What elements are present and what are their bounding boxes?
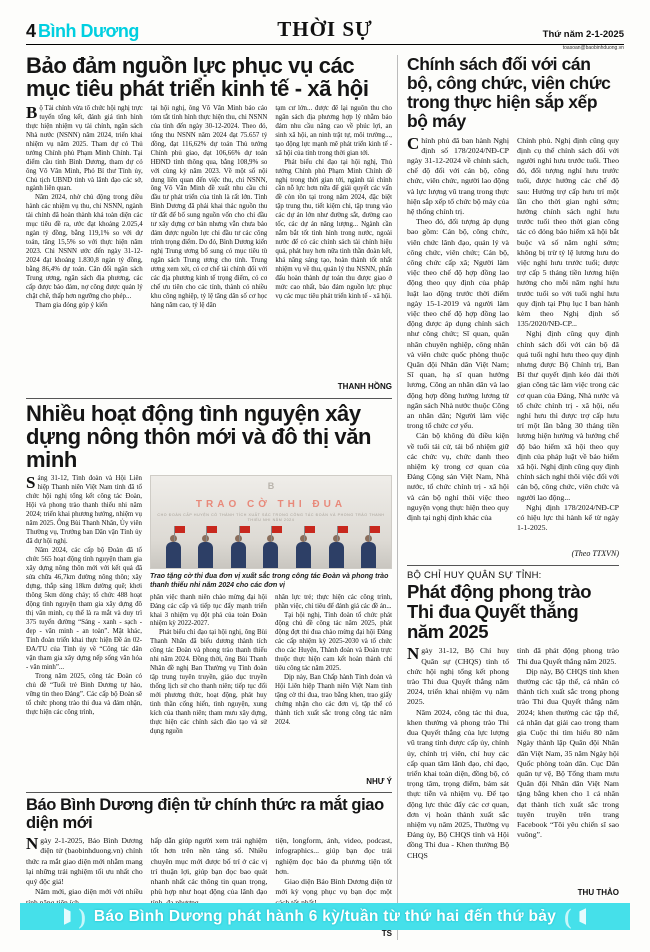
text-column: tỉnh đã phát động phong trào Thi đua Quy… bbox=[517, 646, 619, 898]
left-region: Bảo đảm nguồn lực phục vụ các mục tiêu p… bbox=[26, 55, 392, 940]
drop-cap: B bbox=[26, 105, 39, 119]
person-figure bbox=[296, 542, 311, 568]
text-column: phần việc thanh niên chào mừng đại hội Đ… bbox=[150, 594, 267, 788]
drop-cap: S bbox=[26, 475, 37, 489]
newspaper-page: 4 Bình Dương THỜI SỰ Thứ năm 2-1-2025 to… bbox=[0, 0, 650, 952]
right-region: Chính sách đối với cán bộ, công chức, vi… bbox=[397, 55, 619, 940]
article-youth: Nhiều hoạt động tình nguyện xây dựng nôn… bbox=[26, 403, 392, 788]
body-paragraph: Dịp này, Ban Chấp hành Tỉnh đoàn và Hội … bbox=[275, 674, 392, 728]
body-paragraph: Nghị định 178/2024/NĐ-CP có hiệu lực thi… bbox=[517, 503, 619, 534]
body-paragraph: nhân lực trẻ; thực hiện các công trình, … bbox=[275, 594, 392, 612]
news-photo: B TRAO CỜ THI ĐUA CHO ĐOÀN CẤP HUYỆN CÓ … bbox=[150, 475, 392, 569]
footer-ornament-left bbox=[64, 908, 71, 925]
body-paragraph: tạm cư lớn... được để lại nguồn thu cho … bbox=[275, 105, 392, 159]
text-column: tại hội nghị, ông Võ Văn Minh báo cáo tó… bbox=[151, 105, 268, 393]
flag-icon bbox=[305, 526, 315, 533]
flag-icon bbox=[207, 526, 217, 533]
body-paragraph: Phát biểu chỉ đạo tại hội nghị, ông Bùi … bbox=[150, 629, 267, 737]
body-paragraph: ộ Tài chính vừa tổ chức hội nghị trực tu… bbox=[26, 105, 143, 193]
flag-icon bbox=[272, 526, 282, 533]
byline: NHƯ Ý bbox=[361, 777, 392, 787]
text-column: nhân lực trẻ; thực hiện các công trình, … bbox=[275, 594, 392, 788]
article-title: Bảo đảm nguồn lực phục vụ các mục tiêu p… bbox=[26, 55, 392, 101]
article-body: Bộ Tài chính vừa tổ chức hội nghị trực t… bbox=[26, 105, 392, 393]
body-paragraph: Tham gia đóng góp ý kiến bbox=[26, 302, 143, 311]
contact-email: toasoan@baobinhduong.vn bbox=[563, 45, 624, 51]
article-title: Báo Bình Dương điện tử chính thức ra mắt… bbox=[26, 797, 392, 832]
text-column: Chính phủ. Nghị định cũng quy định cụ th… bbox=[517, 136, 619, 560]
article-body: Ngày 31-12, Bộ Chỉ huy Quân sự (CHQS) tỉ… bbox=[407, 646, 619, 898]
footer-bracket-left: ) bbox=[79, 906, 86, 928]
article-divider bbox=[26, 398, 392, 399]
person-figure bbox=[329, 542, 344, 568]
page-header: 4 Bình Dương THỜI SỰ Thứ năm 2-1-2025 bbox=[26, 10, 624, 45]
photo-people bbox=[151, 528, 391, 568]
article-kicker: BỘ CHỈ HUY QUÂN SỰ TỈNH: bbox=[407, 570, 619, 581]
flag-icon bbox=[240, 526, 250, 533]
flag-icon bbox=[338, 526, 348, 533]
body-paragraph: hấp dẫn giúp người xem trải nghiệm tốt h… bbox=[151, 836, 268, 908]
article-economy: Bảo đảm nguồn lực phục vụ các mục tiêu p… bbox=[26, 55, 392, 393]
body-paragraph: áng 31-12, Tỉnh đoàn và Hội Liên hiệp Th… bbox=[26, 475, 142, 545]
text-column: Chính phủ đã ban hành Nghị định số 178/2… bbox=[407, 136, 509, 560]
body-paragraph: Cán bộ không đủ điều kiện về tuổi tái cử… bbox=[407, 431, 509, 523]
person-figure bbox=[166, 542, 181, 568]
article-title: Nhiều hoạt động tình nguyện xây dựng nôn… bbox=[26, 403, 392, 472]
body-paragraph: Năm 2024, các cấp bộ Đoàn đã tổ chức 565… bbox=[26, 547, 142, 673]
flag-icon bbox=[175, 526, 185, 533]
person-figure bbox=[263, 542, 278, 568]
text-column: Ngày 31-12, Bộ Chỉ huy Quân sự (CHQS) tỉ… bbox=[407, 646, 509, 898]
photo-logo-mark: B bbox=[151, 481, 391, 493]
article-divider bbox=[26, 792, 392, 793]
body-paragraph: Theo đó, đối tượng áp dụng bao gồm: Cán … bbox=[407, 217, 509, 431]
person-figure bbox=[198, 542, 213, 568]
article-divider bbox=[407, 565, 619, 566]
byline: THANH HỒNG bbox=[333, 382, 392, 392]
article-policy: Chính sách đối với cán bộ, công chức, vi… bbox=[407, 55, 619, 560]
text-column: tạm cư lớn... được để lại nguồn thu cho … bbox=[275, 105, 392, 393]
footer-bracket-right: ( bbox=[564, 906, 571, 928]
article-military: BỘ CHỈ HUY QUÂN SỰ TỈNH: Phát động phong… bbox=[407, 570, 619, 899]
flag-icon bbox=[370, 526, 380, 533]
body-paragraph: Phát biểu chỉ đạo tại hội nghị, Thủ tướn… bbox=[275, 159, 392, 303]
photo-banner-title: TRAO CỜ THI ĐUA bbox=[151, 498, 391, 511]
photo-banner-subtitle: CHO ĐOÀN CẤP HUYỆN CÓ THÀNH TÍCH XUẤT SẮ… bbox=[155, 513, 387, 522]
body-paragraph: Chính phủ. Nghị định cũng quy định cụ th… bbox=[517, 136, 619, 330]
drop-cap: N bbox=[407, 646, 421, 660]
body-paragraph: tại hội nghị, ông Võ Văn Minh báo cáo tó… bbox=[151, 105, 268, 311]
body-paragraph: Trong năm 2025, công tác Đoàn có chủ đề … bbox=[26, 673, 142, 718]
body-paragraph: Năm 2024, nhờ chủ động trong điều hành c… bbox=[26, 194, 143, 302]
footer-banner: ) Báo Bình Dương phát hành 6 kỳ/tuần từ … bbox=[20, 903, 630, 930]
drop-cap: N bbox=[26, 836, 40, 850]
footer-ornament-right bbox=[579, 908, 586, 925]
body-paragraph: Tại hội nghị, Tỉnh đoàn tổ chức phát độn… bbox=[275, 612, 392, 675]
body-paragraph: Năm 2024, công tác thi đua, khen thưởng … bbox=[407, 708, 509, 861]
body-paragraph: phần việc thanh niên chào mừng đại hội Đ… bbox=[150, 594, 267, 630]
section-title: THỜI SỰ bbox=[26, 17, 624, 42]
article-title: Phát động phong trào Thi đua Quyết thắng… bbox=[407, 582, 619, 642]
byline: (Theo TTXVN) bbox=[567, 549, 619, 559]
article-title: Chính sách đối với cán bộ, công chức, vi… bbox=[407, 55, 619, 131]
text-column: Sáng 31-12, Tỉnh đoàn và Hội Liên hiệp T… bbox=[26, 475, 142, 787]
person-figure bbox=[231, 542, 246, 568]
body-paragraph: hính phủ đã ban hành Nghị định số 178/20… bbox=[407, 136, 509, 216]
footer-text: Báo Bình Dương phát hành 6 kỳ/tuần từ th… bbox=[94, 908, 556, 926]
body-paragraph: tiện, longform, ảnh, video, podcast, inf… bbox=[275, 836, 392, 877]
photo-caption: Trao tặng cờ thi đua đơn vị xuất sắc tro… bbox=[150, 572, 392, 590]
body-paragraph: gày 31-12, Bộ Chỉ huy Quân sự (CHQS) tỉn… bbox=[407, 646, 509, 706]
text-column: Bộ Tài chính vừa tổ chức hội nghị trực t… bbox=[26, 105, 143, 393]
byline: THU THẢO bbox=[573, 888, 619, 898]
person-figure bbox=[361, 542, 376, 568]
body-paragraph: tỉnh đã phát động phong trào Thi đua Quy… bbox=[517, 646, 619, 666]
article-body: Chính phủ đã ban hành Nghị định số 178/2… bbox=[407, 136, 619, 560]
body-paragraph: gày 2-1-2025, Báo Bình Dương điện tử (ba… bbox=[26, 836, 143, 886]
drop-cap: C bbox=[407, 136, 421, 150]
issue-date: Thứ năm 2-1-2025 bbox=[543, 29, 624, 40]
byline: TS bbox=[377, 929, 392, 940]
body-paragraph: Dịp này, Bộ CHQS tỉnh khen thưởng các tậ… bbox=[517, 667, 619, 840]
body-paragraph: Nghị định cũng quy định chính sách đối v… bbox=[517, 329, 619, 502]
